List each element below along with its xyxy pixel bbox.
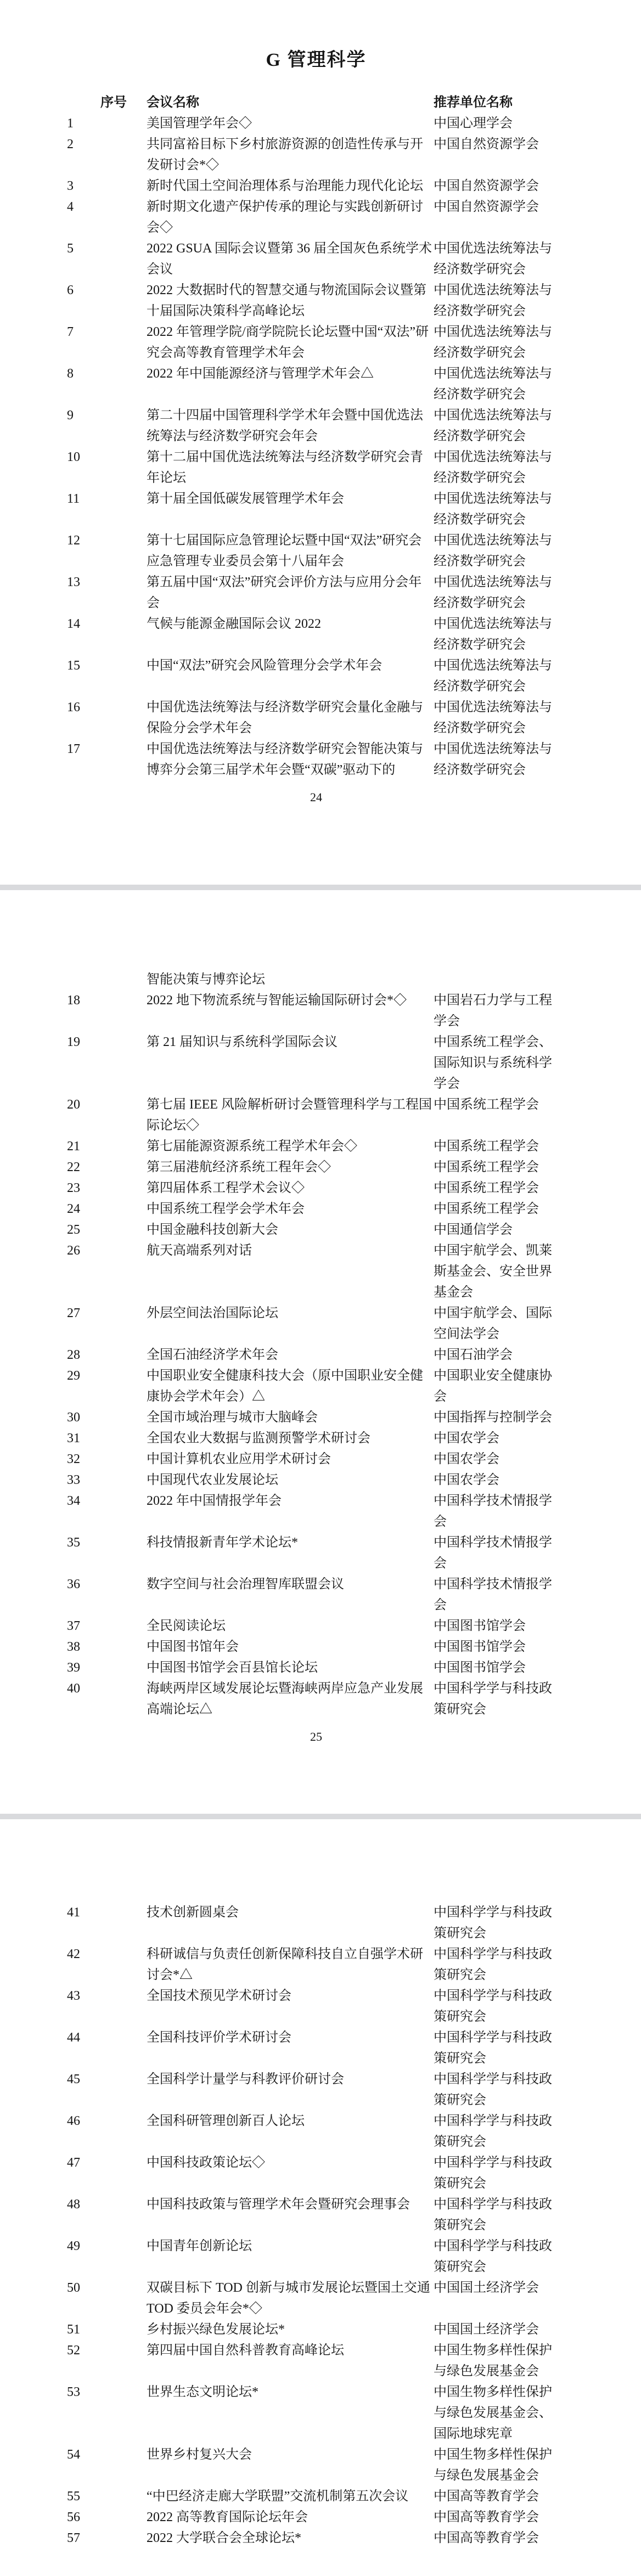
table-row-11: 11第十届全国低碳发展管理学术年会中国优选法统筹法与经济数学研究会 — [67, 488, 641, 530]
cell-no: 7 — [67, 322, 147, 363]
cell-no: 19 — [67, 1032, 147, 1094]
cell-no: 57 — [67, 2528, 147, 2549]
table-row-4: 4新时期文化遗产保护传承的理论与实践创新研讨会◇中国自然资源学会 — [67, 196, 641, 238]
cell-org: 中国优选法统筹法与经济数学研究会 — [434, 697, 560, 739]
cell-org: 中国系统工程学会 — [434, 1157, 560, 1178]
cell-name: 第 21 届知识与系统科学国际会议 — [147, 1032, 434, 1094]
cell-name: 第十七届国际应急管理论坛暨中国“双法”研究会应急管理专业委员会第十八届年会 — [147, 530, 434, 572]
cell-name: 科技情报新青年学术论坛* — [147, 1532, 434, 1574]
table-body-page-3: 41技术创新圆桌会中国科学学与科技政策研究会42科研诚信与负责任创新保障科技自立… — [67, 1902, 641, 2549]
cell-org: 中国科学学与科技政策研究会 — [434, 2027, 560, 2069]
cell-org: 中国图书馆学会 — [434, 1616, 560, 1636]
cell-name: 世界生态文明论坛* — [147, 2382, 434, 2444]
cell-org: 中国系统工程学会、国际知识与系统科学学会 — [434, 1032, 560, 1094]
cell-org: 中国职业安全健康协会 — [434, 1365, 560, 1407]
table-row-48: 48中国科技政策与管理学术年会暨研究会理事会中国科学学与科技政策研究会 — [67, 2194, 641, 2236]
cell-no: 40 — [67, 1678, 147, 1720]
cell-name: 中国优选法统筹法与经济数学研究会量化金融与保险分会学术年会 — [147, 697, 434, 739]
table-row-54: 54世界乡村复兴大会中国生物多样性保护与绿色发展基金会 — [67, 2444, 641, 2486]
cell-no: 56 — [67, 2507, 147, 2528]
table-row-10: 10第十二届中国优选法统筹法与经济数学研究会青年论坛中国优选法统筹法与经济数学研… — [67, 447, 641, 488]
cell-org: 中国指挥与控制学会 — [434, 1407, 560, 1428]
document-viewer: G 管理科学 序号 会议名称 推荐单位名称 1美国管理学年会◇中国心理学会2共同… — [0, 0, 641, 2576]
cell-name: 中国计算机农业应用学术研讨会 — [147, 1449, 434, 1470]
cell-no: 42 — [67, 1944, 147, 1986]
table-row-9: 9第二十四届中国管理科学学术年会暨中国优选法统筹法与经济数学研究会年会中国优选法… — [67, 405, 641, 447]
table-row-21: 21第七届能源资源系统工程学术年会◇中国系统工程学会 — [67, 1136, 641, 1157]
page-1: G 管理科学 序号 会议名称 推荐单位名称 1美国管理学年会◇中国心理学会2共同… — [0, 0, 641, 885]
table-row-5: 52022 GSUA 国际会议暨第 36 届全国灰色系统学术会议中国优选法统筹法… — [67, 238, 641, 280]
cell-org: 中国通信学会 — [434, 1219, 560, 1240]
cell-no: 14 — [67, 614, 147, 655]
cell-no: 11 — [67, 488, 147, 530]
cell-name: 第四届体系工程学术会议◇ — [147, 1178, 434, 1199]
cell-no: 41 — [67, 1902, 147, 1944]
cell-name: 新时期文化遗产保护传承的理论与实践创新研讨会◇ — [147, 196, 434, 238]
table-row-49: 49中国青年创新论坛中国科学学与科技政策研究会 — [67, 2236, 641, 2277]
cell-org: 中国优选法统筹法与经济数学研究会 — [434, 572, 560, 614]
cell-org: 中国优选法统筹法与经济数学研究会 — [434, 488, 560, 530]
cell-name: 双碳目标下 TOD 创新与城市发展论坛暨国土交通 TOD 委员会年会*◇ — [147, 2277, 434, 2319]
cell-org: 中国国土经济学会 — [434, 2319, 560, 2340]
cell-org: 中国优选法统筹法与经济数学研究会 — [434, 405, 560, 447]
cell-name: 2022 地下物流系统与智能运输国际研讨会*◇ — [147, 990, 434, 1032]
page-separator — [0, 1814, 641, 1819]
table-row-41: 41技术创新圆桌会中国科学学与科技政策研究会 — [67, 1902, 641, 1944]
table-row-16: 16中国优选法统筹法与经济数学研究会量化金融与保险分会学术年会中国优选法统筹法与… — [67, 697, 641, 739]
cell-no: 48 — [67, 2194, 147, 2236]
cell-name: 2022 年中国情报学年会 — [147, 1491, 434, 1532]
cell-org: 中国科学技术情报学会 — [434, 1532, 560, 1574]
cell-org: 中国科学学与科技政策研究会 — [434, 1986, 560, 2027]
cell-name: 第四届中国自然科普教育高峰论坛 — [147, 2340, 434, 2382]
page-number-25: 25 — [67, 1729, 565, 1745]
table-row-53: 53世界生态文明论坛*中国生物多样性保护与绿色发展基金会、国际地球宪章 — [67, 2382, 641, 2444]
cell-name: 第七届 IEEE 风险解析研讨会暨管理科学与工程国际论坛◇ — [147, 1094, 434, 1136]
cell-no: 33 — [67, 1470, 147, 1491]
cell-org: 中国农学会 — [434, 1449, 560, 1470]
cell-name: 第十届全国低碳发展管理学术年会 — [147, 488, 434, 530]
cell-no — [67, 969, 147, 990]
table-row-7: 72022 年管理学院/商学院院长论坛暨中国“双法”研究会高等教育管理学术年会中… — [67, 322, 641, 363]
cell-org: 中国生物多样性保护与绿色发展基金会 — [434, 2444, 560, 2486]
cell-no: 17 — [67, 739, 147, 780]
cell-name: 2022 大学联合会全球论坛* — [147, 2528, 434, 2549]
cell-no: 23 — [67, 1178, 147, 1199]
table-row-57: 572022 大学联合会全球论坛*中国高等教育学会 — [67, 2528, 641, 2549]
cell-no: 24 — [67, 1199, 147, 1219]
table-body-page-2: 智能决策与博弈论坛182022 地下物流系统与智能运输国际研讨会*◇中国岩石力学… — [67, 969, 641, 1720]
cell-org: 中国科学学与科技政策研究会 — [434, 2236, 560, 2277]
table-row-29: 29中国职业安全健康科技大会（原中国职业安全健康协会学术年会）△中国职业安全健康… — [67, 1365, 641, 1407]
cell-org: 中国系统工程学会 — [434, 1094, 560, 1136]
cell-no: 16 — [67, 697, 147, 739]
cell-org: 中国科学技术情报学会 — [434, 1491, 560, 1532]
table-row-44: 44全国科技评价学术研讨会中国科学学与科技政策研究会 — [67, 2027, 641, 2069]
cell-name: 2022 GSUA 国际会议暨第 36 届全国灰色系统学术会议 — [147, 238, 434, 280]
table-row-36: 36数字空间与社会治理智库联盟会议中国科学技术情报学会 — [67, 1574, 641, 1616]
cell-no: 3 — [67, 176, 147, 196]
table-row-24: 24中国系统工程学会学术年会中国系统工程学会 — [67, 1199, 641, 1219]
table-row-18: 182022 地下物流系统与智能运输国际研讨会*◇中国岩石力学与工程学会 — [67, 990, 641, 1032]
table-row-22: 22第三届港航经济系统工程年会◇中国系统工程学会 — [67, 1157, 641, 1178]
table-row-34: 342022 年中国情报学年会中国科学技术情报学会 — [67, 1491, 641, 1532]
table-row-35: 35科技情报新青年学术论坛*中国科学技术情报学会 — [67, 1532, 641, 1574]
page-title: G 管理科学 — [67, 48, 565, 72]
cell-name: 新时代国土空间治理体系与治理能力现代化论坛 — [147, 176, 434, 196]
cell-no: 25 — [67, 1219, 147, 1240]
table-row-46: 46全国科研管理创新百人论坛中国科学学与科技政策研究会 — [67, 2111, 641, 2152]
cell-org: 中国图书馆学会 — [434, 1636, 560, 1657]
cell-name: 全国科学计量学与科教评价研讨会 — [147, 2069, 434, 2111]
cell-org: 中国优选法统筹法与经济数学研究会 — [434, 322, 560, 363]
cell-org: 中国科学学与科技政策研究会 — [434, 1678, 560, 1720]
cell-name: 气候与能源金融国际会议 2022 — [147, 614, 434, 655]
cell-org: 中国优选法统筹法与经济数学研究会 — [434, 739, 560, 780]
table-row-37: 37全民阅读论坛中国图书馆学会 — [67, 1616, 641, 1636]
cell-no: 10 — [67, 447, 147, 488]
page-separator — [0, 885, 641, 890]
table-row-47: 47中国科技政策论坛◇中国科学学与科技政策研究会 — [67, 2152, 641, 2194]
cell-org: 中国宇航学会、国际空间法学会 — [434, 1303, 560, 1345]
cell-no: 29 — [67, 1365, 147, 1407]
cell-org: 中国宇航学会、凯莱斯基金会、安全世界基金会 — [434, 1240, 560, 1303]
table-row-19: 19第 21 届知识与系统科学国际会议中国系统工程学会、国际知识与系统科学学会 — [67, 1032, 641, 1094]
table-row-50: 50双碳目标下 TOD 创新与城市发展论坛暨国土交通 TOD 委员会年会*◇中国… — [67, 2277, 641, 2319]
cell-name: 中国“双法”研究会风险管理分会学术年会 — [147, 655, 434, 697]
page-3: 41技术创新圆桌会中国科学学与科技政策研究会42科研诚信与负责任创新保障科技自立… — [0, 1819, 641, 2576]
cell-no: 15 — [67, 655, 147, 697]
cell-org: 中国科学技术情报学会 — [434, 1574, 560, 1616]
cell-name: 外层空间法治国际论坛 — [147, 1303, 434, 1345]
table-row-42: 42科研诚信与负责任创新保障科技自立自强学术研讨会*△中国科学学与科技政策研究会 — [67, 1944, 641, 1986]
cell-no: 43 — [67, 1986, 147, 2027]
cell-name: 中国青年创新论坛 — [147, 2236, 434, 2277]
cell-no: 45 — [67, 2069, 147, 2111]
cell-name: 中国职业安全健康科技大会（原中国职业安全健康协会学术年会）△ — [147, 1365, 434, 1407]
cell-org: 中国优选法统筹法与经济数学研究会 — [434, 614, 560, 655]
cell-no: 20 — [67, 1094, 147, 1136]
cell-name: 中国科技政策论坛◇ — [147, 2152, 434, 2194]
cell-no: 2 — [67, 134, 147, 176]
cell-no: 49 — [67, 2236, 147, 2277]
cell-org — [434, 969, 560, 990]
cell-no: 51 — [67, 2319, 147, 2340]
cell-org: 中国石油学会 — [434, 1345, 560, 1365]
table-row-8: 82022 年中国能源经济与管理学术年会△中国优选法统筹法与经济数学研究会 — [67, 363, 641, 405]
cell-org: 中国自然资源学会 — [434, 196, 560, 238]
table-row-30: 30全国市域治理与城市大脑峰会中国指挥与控制学会 — [67, 1407, 641, 1428]
cell-name: 共同富裕目标下乡村旅游资源的创造性传承与开发研讨会*◇ — [147, 134, 434, 176]
cell-name: 全国农业大数据与监测预警学术研讨会 — [147, 1428, 434, 1449]
cell-no: 37 — [67, 1616, 147, 1636]
cell-org: 中国科学学与科技政策研究会 — [434, 1944, 560, 1986]
cell-org: 中国科学学与科技政策研究会 — [434, 2069, 560, 2111]
cell-org: 中国自然资源学会 — [434, 134, 560, 176]
cell-org: 中国优选法统筹法与经济数学研究会 — [434, 238, 560, 280]
cell-org: 中国科学学与科技政策研究会 — [434, 2111, 560, 2152]
cell-org: 中国系统工程学会 — [434, 1178, 560, 1199]
table-row-6: 62022 大数据时代的智慧交通与物流国际会议暨第十届国际决策科学高峰论坛中国优… — [67, 280, 641, 322]
cell-org: 中国岩石力学与工程学会 — [434, 990, 560, 1032]
cell-name: 中国图书馆学会百县馆长论坛 — [147, 1657, 434, 1678]
cell-no: 47 — [67, 2152, 147, 2194]
cell-name: 世界乡村复兴大会 — [147, 2444, 434, 2486]
cell-org: 中国国土经济学会 — [434, 2277, 560, 2319]
cell-name: 全国技术预见学术研讨会 — [147, 1986, 434, 2027]
cell-org: 中国科学学与科技政策研究会 — [434, 1902, 560, 1944]
table-body-page-1: 1美国管理学年会◇中国心理学会2共同富裕目标下乡村旅游资源的创造性传承与开发研讨… — [67, 113, 641, 780]
cell-name: 2022 高等教育国际论坛年会 — [147, 2507, 434, 2528]
column-header-name: 会议名称 — [147, 92, 434, 113]
cell-no: 5 — [67, 238, 147, 280]
table-row-32: 32中国计算机农业应用学术研讨会中国农学会 — [67, 1449, 641, 1470]
cell-name: 中国科技政策与管理学术年会暨研究会理事会 — [147, 2194, 434, 2236]
cell-no: 34 — [67, 1491, 147, 1532]
cell-org: 中国系统工程学会 — [434, 1136, 560, 1157]
column-header-org: 推荐单位名称 — [434, 92, 560, 113]
cell-name: 中国金融科技创新大会 — [147, 1219, 434, 1240]
cell-no: 52 — [67, 2340, 147, 2382]
cell-name: 智能决策与博弈论坛 — [147, 969, 434, 990]
cell-name: 第七届能源资源系统工程学术年会◇ — [147, 1136, 434, 1157]
table-row-14: 14气候与能源金融国际会议 2022中国优选法统筹法与经济数学研究会 — [67, 614, 641, 655]
cell-no: 4 — [67, 196, 147, 238]
cell-org: 中国优选法统筹法与经济数学研究会 — [434, 363, 560, 405]
cell-no: 8 — [67, 363, 147, 405]
cell-name: 第十二届中国优选法统筹法与经济数学研究会青年论坛 — [147, 447, 434, 488]
cell-no: 6 — [67, 280, 147, 322]
table-row-12: 12第十七届国际应急管理论坛暨中国“双法”研究会应急管理专业委员会第十八届年会中… — [67, 530, 641, 572]
cell-name: 美国管理学年会◇ — [147, 113, 434, 134]
cell-org: 中国优选法统筹法与经济数学研究会 — [434, 280, 560, 322]
table-row-2: 2共同富裕目标下乡村旅游资源的创造性传承与开发研讨会*◇中国自然资源学会 — [67, 134, 641, 176]
cell-name: 海峡两岸区域发展论坛暨海峡两岸应急产业发展高端论坛△ — [147, 1678, 434, 1720]
cell-name: 2022 年管理学院/商学院院长论坛暨中国“双法”研究会高等教育管理学术年会 — [147, 322, 434, 363]
table-row-40: 40海峡两岸区域发展论坛暨海峡两岸应急产业发展高端论坛△中国科学学与科技政策研究… — [67, 1678, 641, 1720]
table-row-26: 26航天高端系列对话中国宇航学会、凯莱斯基金会、安全世界基金会 — [67, 1240, 641, 1303]
table-row-45: 45全国科学计量学与科教评价研讨会中国科学学与科技政策研究会 — [67, 2069, 641, 2111]
page-number-24: 24 — [67, 789, 565, 806]
cell-name: 2022 年中国能源经济与管理学术年会△ — [147, 363, 434, 405]
cell-org: 中国高等教育学会 — [434, 2528, 560, 2549]
cell-no: 53 — [67, 2382, 147, 2444]
cell-org: 中国心理学会 — [434, 113, 560, 134]
table-row-continuation: 智能决策与博弈论坛 — [67, 969, 641, 990]
table-row-55: 55“中巴经济走廊大学联盟”交流机制第五次会议中国高等教育学会 — [67, 2486, 641, 2507]
cell-no: 13 — [67, 572, 147, 614]
table-row-39: 39中国图书馆学会百县馆长论坛中国图书馆学会 — [67, 1657, 641, 1678]
cell-name: 中国系统工程学会学术年会 — [147, 1199, 434, 1219]
table-row-20: 20第七届 IEEE 风险解析研讨会暨管理科学与工程国际论坛◇中国系统工程学会 — [67, 1094, 641, 1136]
cell-no: 9 — [67, 405, 147, 447]
cell-org: 中国系统工程学会 — [434, 1199, 560, 1219]
cell-no: 27 — [67, 1303, 147, 1345]
table-row-1: 1美国管理学年会◇中国心理学会 — [67, 113, 641, 134]
table-row-27: 27外层空间法治国际论坛中国宇航学会、国际空间法学会 — [67, 1303, 641, 1345]
table-row-3: 3新时代国土空间治理体系与治理能力现代化论坛中国自然资源学会 — [67, 176, 641, 196]
table-row-28: 28全国石油经济学术年会中国石油学会 — [67, 1345, 641, 1365]
table-row-17: 17中国优选法统筹法与经济数学研究会智能决策与博弈分会第三届学术年会暨“双碳”驱… — [67, 739, 641, 780]
cell-no: 31 — [67, 1428, 147, 1449]
cell-no: 12 — [67, 530, 147, 572]
table-row-13: 13第五届中国“双法”研究会评价方法与应用分会年会中国优选法统筹法与经济数学研究… — [67, 572, 641, 614]
cell-no: 50 — [67, 2277, 147, 2319]
cell-name: 全国石油经济学术年会 — [147, 1345, 434, 1365]
cell-org: 中国农学会 — [434, 1470, 560, 1491]
cell-name: 技术创新圆桌会 — [147, 1902, 434, 1944]
cell-no: 32 — [67, 1449, 147, 1470]
cell-name: “中巴经济走廊大学联盟”交流机制第五次会议 — [147, 2486, 434, 2507]
table-row-15: 15中国“双法”研究会风险管理分会学术年会中国优选法统筹法与经济数学研究会 — [67, 655, 641, 697]
cell-no: 54 — [67, 2444, 147, 2486]
cell-org: 中国高等教育学会 — [434, 2486, 560, 2507]
table-row-25: 25中国金融科技创新大会中国通信学会 — [67, 1219, 641, 1240]
cell-org: 中国生物多样性保护与绿色发展基金会、国际地球宪章 — [434, 2382, 560, 2444]
cell-name: 全国科研管理创新百人论坛 — [147, 2111, 434, 2152]
cell-no: 18 — [67, 990, 147, 1032]
cell-name: 全国科技评价学术研讨会 — [147, 2027, 434, 2069]
cell-name: 中国优选法统筹法与经济数学研究会智能决策与博弈分会第三届学术年会暨“双碳”驱动下… — [147, 739, 434, 780]
cell-no: 26 — [67, 1240, 147, 1303]
cell-name: 全民阅读论坛 — [147, 1616, 434, 1636]
cell-no: 28 — [67, 1345, 147, 1365]
cell-name: 第五届中国“双法”研究会评价方法与应用分会年会 — [147, 572, 434, 614]
cell-name: 第三届港航经济系统工程年会◇ — [147, 1157, 434, 1178]
cell-org: 中国生物多样性保护与绿色发展基金会 — [434, 2340, 560, 2382]
cell-name: 中国现代农业发展论坛 — [147, 1470, 434, 1491]
cell-org: 中国高等教育学会 — [434, 2507, 560, 2528]
cell-name: 数字空间与社会治理智库联盟会议 — [147, 1574, 434, 1616]
cell-no: 44 — [67, 2027, 147, 2069]
cell-org: 中国图书馆学会 — [434, 1657, 560, 1678]
cell-name: 科研诚信与负责任创新保障科技自立自强学术研讨会*△ — [147, 1944, 434, 1986]
column-header-no: 序号 — [67, 92, 147, 113]
cell-no: 38 — [67, 1636, 147, 1657]
table-row-52: 52第四届中国自然科普教育高峰论坛中国生物多样性保护与绿色发展基金会 — [67, 2340, 641, 2382]
cell-org: 中国农学会 — [434, 1428, 560, 1449]
cell-no: 22 — [67, 1157, 147, 1178]
table-row-31: 31全国农业大数据与监测预警学术研讨会中国农学会 — [67, 1428, 641, 1449]
cell-org: 中国优选法统筹法与经济数学研究会 — [434, 447, 560, 488]
table-row-56: 562022 高等教育国际论坛年会中国高等教育学会 — [67, 2507, 641, 2528]
table-row-38: 38中国图书馆年会中国图书馆学会 — [67, 1636, 641, 1657]
cell-no: 46 — [67, 2111, 147, 2152]
table-row-43: 43全国技术预见学术研讨会中国科学学与科技政策研究会 — [67, 1986, 641, 2027]
table-row-51: 51乡村振兴绿色发展论坛*中国国土经济学会 — [67, 2319, 641, 2340]
cell-name: 2022 大数据时代的智慧交通与物流国际会议暨第十届国际决策科学高峰论坛 — [147, 280, 434, 322]
table-row-23: 23第四届体系工程学术会议◇中国系统工程学会 — [67, 1178, 641, 1199]
cell-no: 35 — [67, 1532, 147, 1574]
cell-no: 39 — [67, 1657, 147, 1678]
cell-no: 30 — [67, 1407, 147, 1428]
cell-org: 中国科学学与科技政策研究会 — [434, 2152, 560, 2194]
cell-org: 中国科学学与科技政策研究会 — [434, 2194, 560, 2236]
cell-no: 21 — [67, 1136, 147, 1157]
cell-no: 55 — [67, 2486, 147, 2507]
page-2: 智能决策与博弈论坛182022 地下物流系统与智能运输国际研讨会*◇中国岩石力学… — [0, 890, 641, 1814]
table-header: 序号 会议名称 推荐单位名称 — [67, 92, 641, 113]
cell-no: 1 — [67, 113, 147, 134]
table-row-33: 33中国现代农业发展论坛中国农学会 — [67, 1470, 641, 1491]
cell-org: 中国自然资源学会 — [434, 176, 560, 196]
cell-name: 中国图书馆年会 — [147, 1636, 434, 1657]
cell-name: 航天高端系列对话 — [147, 1240, 434, 1303]
cell-name: 全国市域治理与城市大脑峰会 — [147, 1407, 434, 1428]
cell-no: 36 — [67, 1574, 147, 1616]
cell-org: 中国优选法统筹法与经济数学研究会 — [434, 655, 560, 697]
cell-name: 第二十四届中国管理科学学术年会暨中国优选法统筹法与经济数学研究会年会 — [147, 405, 434, 447]
cell-org: 中国优选法统筹法与经济数学研究会 — [434, 530, 560, 572]
cell-name: 乡村振兴绿色发展论坛* — [147, 2319, 434, 2340]
